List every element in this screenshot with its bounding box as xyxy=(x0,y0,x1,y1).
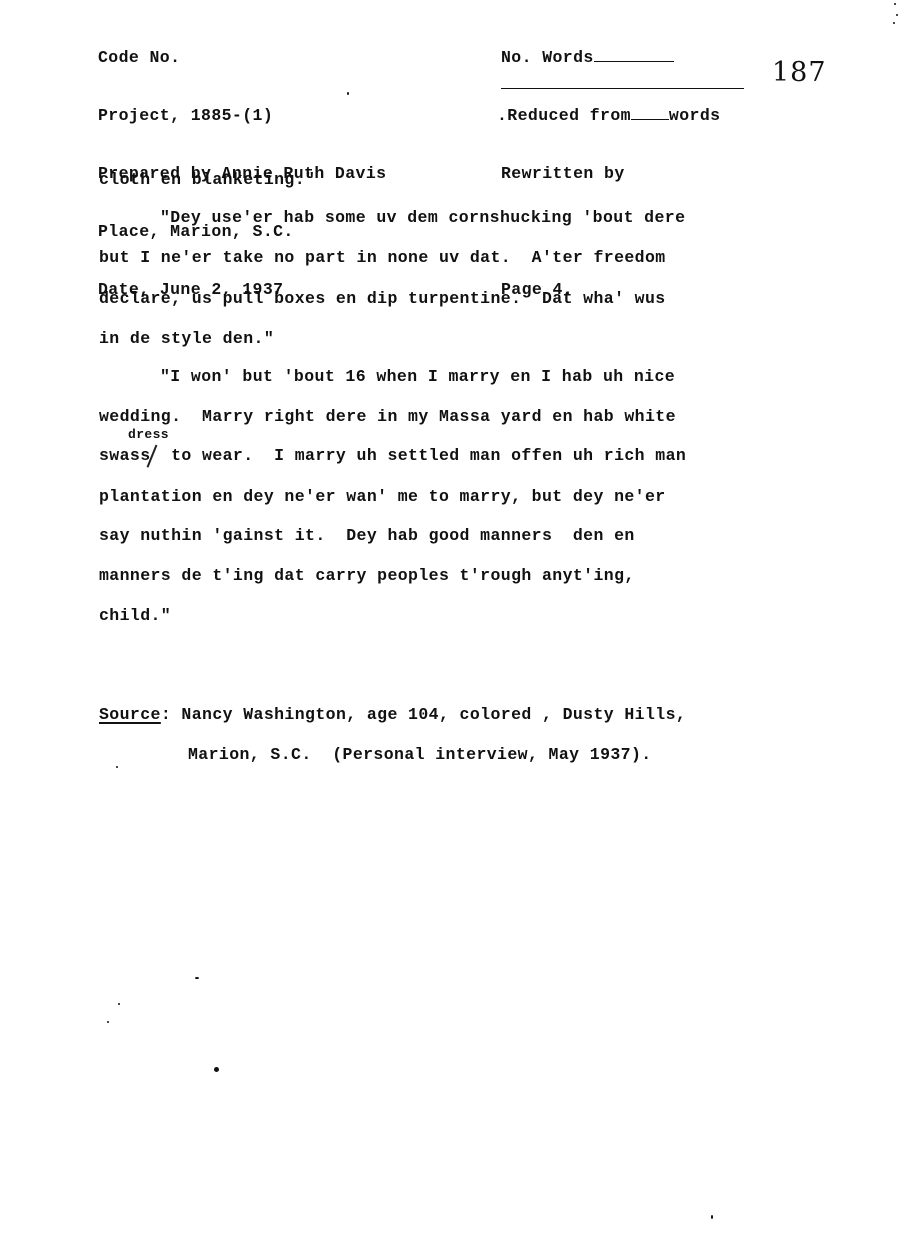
source-text: : Nancy Washington, age 104, colored , D… xyxy=(161,705,686,724)
body-line: child." xyxy=(99,606,171,625)
body-line: plantation en dey ne'er wan' me to marry… xyxy=(99,487,666,506)
body-line: swass to wear. I marry uh settled man of… xyxy=(99,446,686,465)
scan-speck xyxy=(711,1215,713,1219)
rewritten-by-label: Rewritten by xyxy=(501,164,625,183)
page-stamp: 187 xyxy=(772,57,827,88)
source-line-2: Marion, S.C. (Personal interview, May 19… xyxy=(188,745,652,764)
scan-speck xyxy=(214,1067,219,1072)
scan-speck xyxy=(894,3,896,5)
body-line: say nuthin 'gainst it. Dey hab good mann… xyxy=(99,526,635,545)
body-line: manners de t'ing dat carry peoples t'rou… xyxy=(99,566,635,585)
reduced-from-row: .Reduced fromwords xyxy=(497,106,720,126)
scan-speck xyxy=(116,766,118,768)
body-line: "I won' but 'bout 16 when I marry en I h… xyxy=(160,367,675,386)
body-line: wedding. Marry right dere in my Massa ya… xyxy=(99,407,676,426)
reduced-from-blank xyxy=(631,107,669,120)
rewritten-by-row: Rewritten by xyxy=(501,164,720,184)
reduced-words-label: words xyxy=(669,106,721,125)
scan-speck xyxy=(195,977,199,979)
no-words-blank xyxy=(594,49,674,62)
scan-speck xyxy=(893,22,895,24)
body-line: cloth en blanketing." xyxy=(99,170,315,189)
code-no: Code No. xyxy=(98,48,386,68)
body-line: "Dey use'er hab some uv dem cornshucking… xyxy=(160,208,685,227)
source-line-1: Source: Nancy Washington, age 104, color… xyxy=(99,705,686,724)
reduced-from-label: .Reduced from xyxy=(497,106,631,125)
scan-speck xyxy=(118,1003,120,1005)
scan-speck xyxy=(107,1021,109,1023)
rewritten-by-rule xyxy=(501,88,744,89)
scan-speck xyxy=(347,92,349,95)
project: Project, 1885-(1) xyxy=(98,106,386,126)
no-words-row: No. Words xyxy=(501,48,720,68)
body-line: but I ne'er take no part in none uv dat.… xyxy=(99,248,666,267)
body-line: in de style den." xyxy=(99,329,274,348)
source-label: Source xyxy=(99,705,161,724)
document-page: Code No. Project, 1885-(1) Prepared by A… xyxy=(0,0,900,1237)
scan-speck xyxy=(896,14,898,16)
no-words-label: No. Words xyxy=(501,48,594,67)
body-line: declare, us pull boxes en dip turpentine… xyxy=(99,289,666,308)
handwritten-insert: dress xyxy=(128,427,169,442)
